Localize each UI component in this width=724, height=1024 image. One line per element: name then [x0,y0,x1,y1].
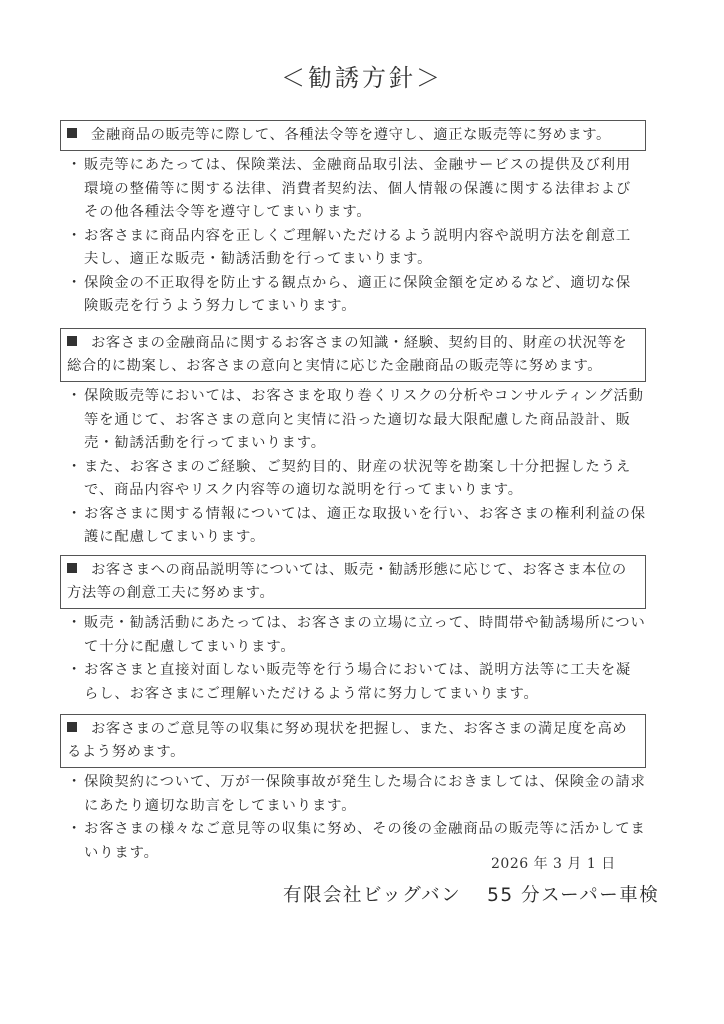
bullet-dot-icon: ・ [67,612,82,636]
section-heading-text: お客さまのご意見等の収集に努め現状を把握し、また、お客さまの満足度を高めるよう努… [67,721,627,760]
black-square-icon [67,128,77,138]
list-item-text: 保険契約について、万が一保険事故が発生した場合におきましては、保険金の請求にあた… [84,774,646,814]
section-heading-box: 金融商品の販売等に際して、各種法令等を遵守し、適正な販売等に努めます。 [60,120,646,151]
list-item: ・保険金の不正取得を防止する観点から、適正に保険金額を定めるなど、適切な保険販売… [60,272,646,319]
list-item-text: また、お客さまのご経験、ご契約目的、財産の状況等を勘案し十分把握したうえで、商品… [84,459,631,499]
document-date: 2026 年 3 月 1 日 [491,853,616,873]
list-item: ・また、お客さまのご経験、ご契約目的、財産の状況等を勘案し十分把握したうえで、商… [60,456,646,503]
bullet-dot-icon: ・ [67,818,82,842]
store-name: 55 分スーパー車検 [487,885,659,906]
page-title: ＜勧誘方針＞ [0,58,724,93]
list-item: ・販売等にあたっては、保険業法、金融商品取引法、金融サービスの提供及び利用環境の… [60,154,646,225]
policy-section-4: お客さまのご意見等の収集に努め現状を把握し、また、お客さまの満足度を高めるよう努… [60,714,646,865]
list-item-text: 保険販売等においては、お客さまを取り巻くリスクの分析やコンサルティング活動等を通… [84,388,644,451]
list-item: ・販売・勧誘活動にあたっては、お客さまの立場に立って、時間帯や勧誘場所について十… [60,612,646,659]
list-item: ・お客さまと直接対面しない販売等を行う場合においては、説明方法等に工夫を凝らし、… [60,659,646,706]
policy-section-2: お客さまの金融商品に関するお客さまの知識・経験、契約目的、財産の状況等を総合的に… [60,328,646,550]
company-name: 有限会社ビッグバン [283,885,461,906]
section-heading-text: お客さまへの商品説明等については、販売・勧誘形態に応じて、お客さま本位の方法等の… [67,562,627,601]
bullet-dot-icon: ・ [67,154,82,178]
bullet-dot-icon: ・ [67,771,82,795]
list-item-text: お客さまと直接対面しない販売等を行う場合においては、説明方法等に工夫を凝らし、お… [84,662,631,702]
black-square-icon [67,336,77,346]
list-item-text: お客さまに関する情報については、適正な取扱いを行い、お客さまの権利利益の保護に配… [84,506,646,546]
black-square-icon [67,563,77,573]
bullet-dot-icon: ・ [67,503,82,527]
list-item: ・保険契約について、万が一保険事故が発生した場合におきましては、保険金の請求にあ… [60,771,646,818]
bullet-dot-icon: ・ [67,456,82,480]
section-heading-box: お客さまへの商品説明等については、販売・勧誘形態に応じて、お客さま本位の方法等の… [60,555,646,609]
list-item: ・お客さまに関する情報については、適正な取扱いを行い、お客さまの権利利益の保護に… [60,503,646,550]
document-page: ＜勧誘方針＞ 金融商品の販売等に際して、各種法令等を遵守し、適正な販売等に努めま… [0,0,724,1024]
black-square-icon [67,722,77,732]
list-item-text: お客さまに商品内容を正しくご理解いただけるよう説明内容や説明方法を創意工夫し、適… [84,228,631,268]
section-heading-text: 金融商品の販売等に際して、各種法令等を遵守し、適正な販売等に努めます。 [91,127,611,143]
policy-section-1: 金融商品の販売等に際して、各種法令等を遵守し、適正な販売等に努めます。 ・販売等… [60,120,646,319]
bullet-dot-icon: ・ [67,272,82,296]
list-item: ・お客さまに商品内容を正しくご理解いただけるよう説明内容や説明方法を創意工夫し、… [60,225,646,272]
bullet-list: ・販売等にあたっては、保険業法、金融商品取引法、金融サービスの提供及び利用環境の… [60,154,646,319]
list-item-text: 販売等にあたっては、保険業法、金融商品取引法、金融サービスの提供及び利用環境の整… [84,157,631,220]
bullet-list: ・販売・勧誘活動にあたっては、お客さまの立場に立って、時間帯や勧誘場所について十… [60,612,646,706]
section-heading-box: お客さまのご意見等の収集に努め現状を把握し、また、お客さまの満足度を高めるよう努… [60,714,646,768]
section-heading-text: お客さまの金融商品に関するお客さまの知識・経験、契約目的、財産の状況等を総合的に… [67,335,627,374]
section-heading-box: お客さまの金融商品に関するお客さまの知識・経験、契約目的、財産の状況等を総合的に… [60,328,646,382]
policy-section-3: お客さまへの商品説明等については、販売・勧誘形態に応じて、お客さま本位の方法等の… [60,555,646,706]
bullet-dot-icon: ・ [67,659,82,683]
list-item-text: 保険金の不正取得を防止する観点から、適正に保険金額を定めるなど、適切な保険販売を… [84,275,631,315]
bullet-dot-icon: ・ [67,385,82,409]
bullet-list: ・保険販売等においては、お客さまを取り巻くリスクの分析やコンサルティング活動等を… [60,385,646,550]
list-item: ・保険販売等においては、お客さまを取り巻くリスクの分析やコンサルティング活動等を… [60,385,646,456]
company-signature: 有限会社ビッグバン55 分スーパー車検 [283,881,659,907]
list-item-text: 販売・勧誘活動にあたっては、お客さまの立場に立って、時間帯や勧誘場所について十分… [84,615,646,655]
bullet-dot-icon: ・ [67,225,82,249]
bullet-list: ・保険契約について、万が一保険事故が発生した場合におきましては、保険金の請求にあ… [60,771,646,865]
